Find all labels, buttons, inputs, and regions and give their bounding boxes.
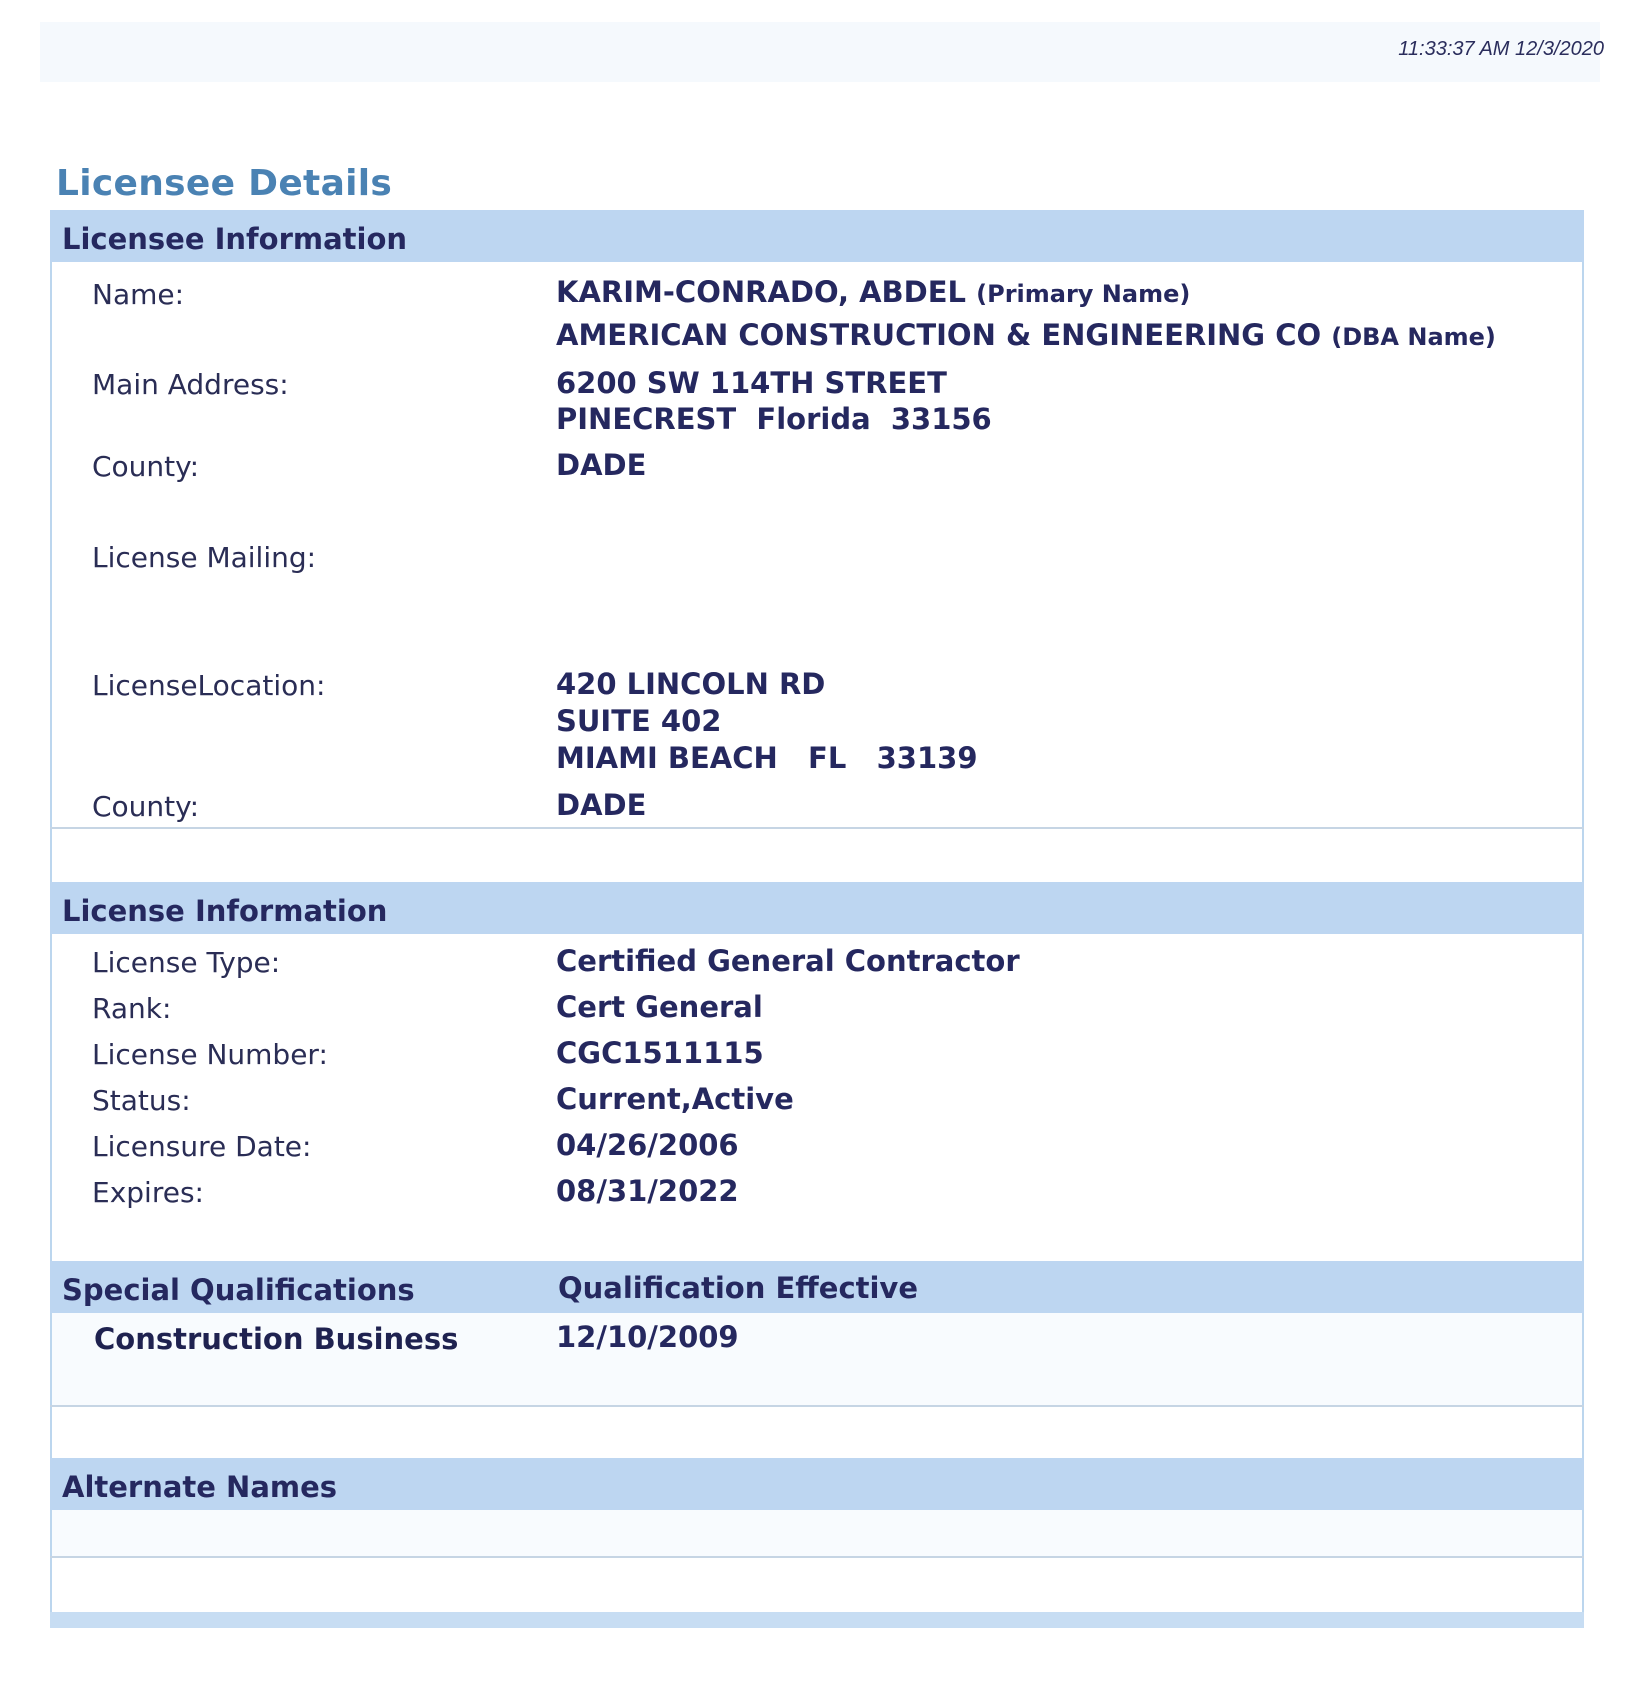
location-county-label: County:	[92, 790, 199, 823]
page-title: Licensee Details	[56, 163, 392, 204]
main-county-value: DADE	[556, 448, 646, 482]
licensee-information-header: Licensee Information	[50, 210, 1584, 262]
rank-value: Cert General	[556, 990, 763, 1024]
primary-name-suffix: (Primary Name)	[976, 280, 1190, 308]
primary-name: KARIM-CONRADO, ABDEL	[556, 275, 966, 309]
qualification-name: Construction Business	[94, 1322, 458, 1356]
dba-name-value: AMERICAN CONSTRUCTION & ENGINEERING CO (…	[556, 318, 1496, 352]
primary-name-value: KARIM-CONRADO, ABDEL (Primary Name)	[556, 275, 1190, 309]
license-mailing-label: License Mailing:	[92, 541, 316, 574]
special-qualifications-header: Special Qualifications Qualification Eff…	[50, 1261, 1584, 1313]
alternate-names-row	[52, 1510, 1582, 1556]
licensure-date-label: Licensure Date:	[92, 1130, 311, 1163]
divider	[50, 1556, 1584, 1558]
footer-band	[50, 1612, 1584, 1628]
license-number-label: License Number:	[92, 1038, 328, 1071]
section-title: Licensee Information	[62, 222, 407, 256]
divider	[50, 1405, 1584, 1407]
license-information-header: License Information	[50, 882, 1584, 934]
header-background	[40, 22, 1600, 82]
license-type-value: Certified General Contractor	[556, 944, 1020, 978]
name-label: Name:	[92, 278, 184, 311]
expires-label: Expires:	[92, 1176, 204, 1209]
licensure-date-value: 04/26/2006	[556, 1128, 739, 1162]
rank-label: Rank:	[92, 992, 171, 1025]
main-address-line-1: 6200 SW 114TH STREET	[556, 366, 947, 400]
print-timestamp: 11:33:37 AM 12/3/2020	[1398, 38, 1604, 61]
main-address-line-2: PINECREST Florida 33156	[556, 402, 992, 436]
status-value: Current,Active	[556, 1082, 794, 1116]
section-title: Alternate Names	[62, 1470, 337, 1504]
dba-name-suffix: (DBA Name)	[1331, 323, 1496, 351]
qualification-effective-column-header: Qualification Effective	[558, 1271, 918, 1305]
section-title: License Information	[62, 894, 387, 928]
divider	[50, 827, 1584, 829]
alternate-names-header: Alternate Names	[50, 1458, 1584, 1510]
county-label: County:	[92, 450, 199, 483]
license-location-label: LicenseLocation:	[92, 669, 325, 702]
main-address-label: Main Address:	[92, 368, 289, 401]
license-location-line-3: MIAMI BEACH FL 33139	[556, 741, 978, 775]
qualification-effective-date: 12/10/2009	[556, 1320, 739, 1354]
special-qualifications-column-header: Special Qualifications	[62, 1273, 415, 1307]
license-location-line-1: 420 LINCOLN RD	[556, 667, 825, 701]
license-number-value: CGC1511115	[556, 1036, 764, 1070]
status-label: Status:	[92, 1084, 191, 1117]
dba-name: AMERICAN CONSTRUCTION & ENGINEERING CO	[556, 318, 1321, 352]
license-location-line-2: SUITE 402	[556, 704, 721, 738]
expires-value: 08/31/2022	[556, 1174, 739, 1208]
location-county-value: DADE	[556, 788, 646, 822]
license-type-label: License Type:	[92, 946, 280, 979]
